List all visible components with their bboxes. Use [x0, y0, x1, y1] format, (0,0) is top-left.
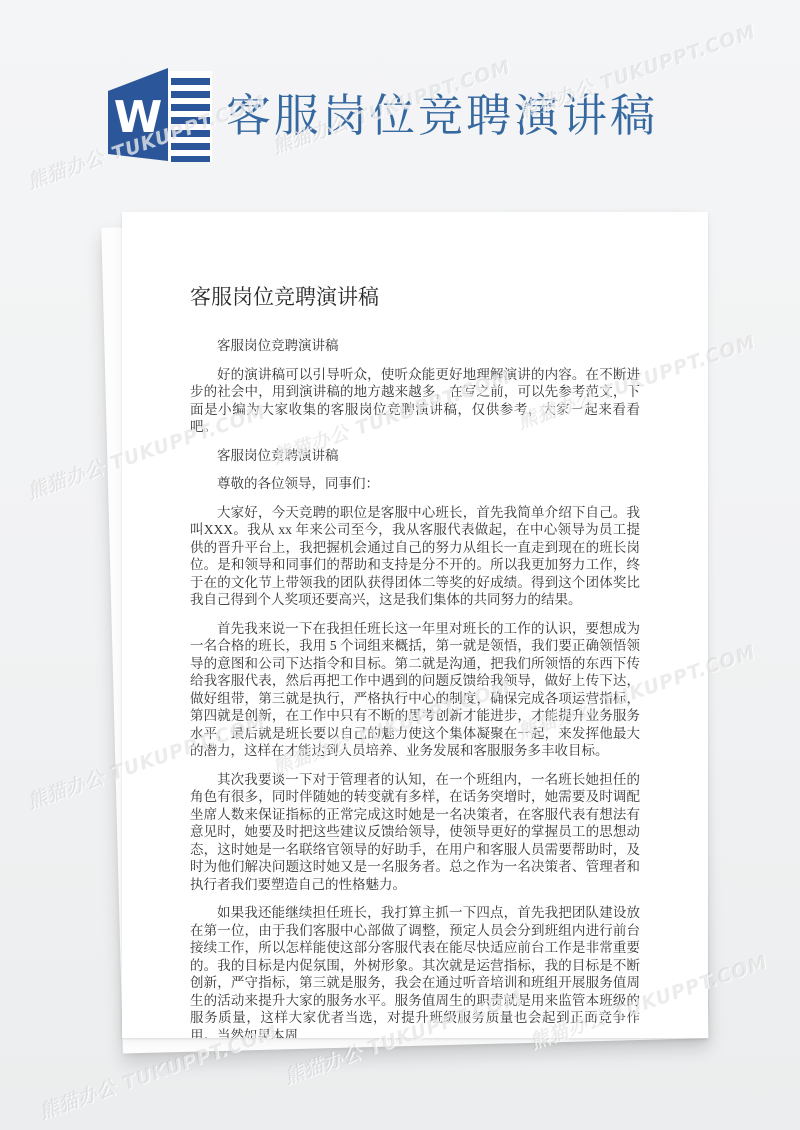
- document-paragraph: 尊敬的各位领导，同事们：: [190, 475, 640, 493]
- page-title: 客服岗位竞聘演讲稿: [226, 90, 658, 142]
- document-paragraph: 大家好，今天竞聘的职位是客服中心班长，首先我简单介绍下自己。我叫XXX。我从 x…: [190, 504, 640, 609]
- document-page: 客服岗位竞聘演讲稿 客服岗位竞聘演讲稿 好的演讲稿可以引导听众，使听众能更好地理…: [122, 212, 708, 1038]
- document-paragraph: 首先我来说一下在我担任班长这一年里对班长的工作的认识，要想成为一名合格的班长，我…: [190, 620, 640, 760]
- word-icon-letter: W: [114, 92, 163, 143]
- document-paragraph: 客服岗位竞聘演讲稿: [190, 337, 640, 355]
- document-paragraph: 客服岗位竞聘演讲稿: [190, 447, 640, 465]
- document-paragraph: 好的演讲稿可以引导听众，使听众能更好地理解演讲的内容。在不断进步的社会中，用到演…: [190, 366, 640, 436]
- document-title: 客服岗位竞聘演讲稿: [190, 284, 640, 311]
- page-background: 熊猫办公 TUKUPPT.COM 熊猫办公 TUKUPPT.COM 熊猫办公 T…: [0, 0, 800, 1130]
- document-paragraph: 如果我还能继续担任班长，我打算主抓一下四点，首先我把团队建设放在第一位，由于我们…: [190, 904, 640, 1038]
- word-icon: W: [108, 66, 212, 166]
- document-paragraph: 其次我要谈一下对于管理者的认知，在一个班组内，一名班长她担任的角色有很多，同时伴…: [190, 771, 640, 894]
